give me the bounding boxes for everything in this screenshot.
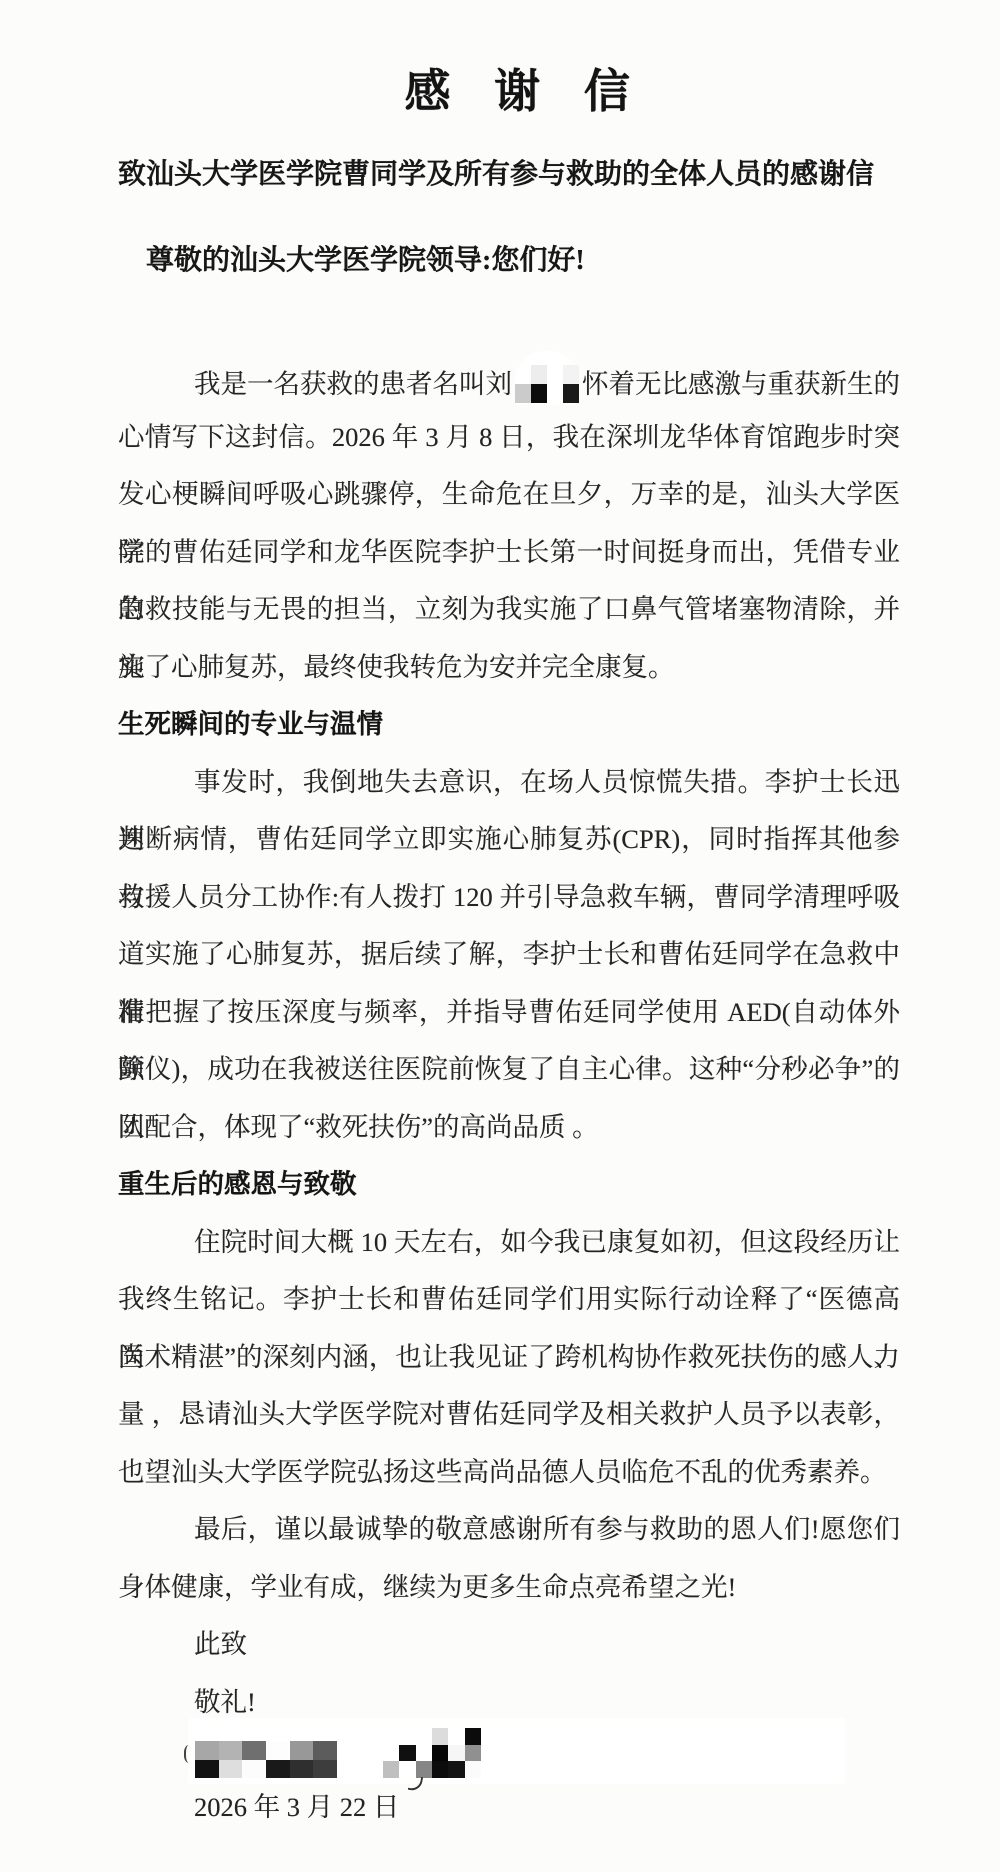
paragraph-line: 最后，谨以最诚挚的敬意感谢所有参与救助的恩人们!愿您们 (118, 1501, 900, 1559)
paragraph-line: 发心梗瞬间呼吸心跳骤停，生命危在旦夕，万幸的是，汕头大学医学 (118, 466, 900, 524)
paragraph-line: 我是一名获救的患者名叫刘怀着无比感激与重获新生的 (118, 351, 900, 409)
mosaic-cell (266, 1760, 290, 1779)
mosaic-cell (399, 1745, 415, 1762)
redacted-signature-mosaic-right (383, 1728, 481, 1778)
paragraph-line: 道实施了心肺复苏，据后续了解，李护士长和曹佑廷同学在急救中精 (118, 926, 900, 984)
paragraph-line: 施了心肺复苏，最终使我转危为安并完全康复。 (118, 639, 900, 697)
addressee-line: 致汕头大学医学院曹同学及所有参与救助的全体人员的感谢信 (118, 146, 900, 204)
section-heading: 生死瞬间的专业与温情 (118, 696, 900, 754)
signature-row (118, 1731, 900, 1779)
mosaic-cell (313, 1741, 337, 1760)
mosaic-cell (432, 1745, 448, 1762)
salutation-line: 尊敬的汕头大学医学院领导:您们好! (118, 232, 900, 290)
section-heading: 重生后的感恩与致敬 (118, 1156, 900, 1214)
mosaic-cell (563, 365, 579, 384)
redacted-name-block (515, 351, 579, 405)
paragraph-line: 院的曹佑廷同学和龙华医院李护士长第一时间挺身而出，凭借专业的 (118, 524, 900, 582)
paragraph-line: 颤仪)，成功在我被送往医院前恢复了自主心律。这种“分秒必争”的团 (118, 1041, 900, 1099)
mosaic-cell (448, 1728, 464, 1745)
mosaic-cell (383, 1745, 399, 1762)
mosaic-cell (383, 1728, 399, 1745)
mosaic-cell (266, 1741, 290, 1760)
letter-title: 感谢信 (148, 56, 930, 128)
mosaic-cell (416, 1745, 432, 1762)
letter-body: 感谢信 致汕头大学医学院曹同学及所有参与救助的全体人员的感谢信 尊敬的汕头大学医… (118, 0, 900, 1837)
letter-document: 感谢信 致汕头大学医学院曹同学及所有参与救助的全体人员的感谢信 尊敬的汕头大学医… (0, 0, 1000, 1872)
letter-date: 2026 年 3 月 22 日 (118, 1779, 900, 1837)
mosaic-cell (416, 1728, 432, 1745)
mosaic-cell (531, 365, 547, 384)
paragraph-line: 我终生铭记。李护士长和曹佑廷同学们用实际行动诠释了“医德高尚、 (118, 1271, 900, 1329)
mosaic-cell (219, 1741, 243, 1760)
mosaic-cell (290, 1741, 314, 1760)
mosaic-cell (563, 384, 579, 403)
mosaic-cell (448, 1745, 464, 1762)
redaction-mosaic (515, 365, 579, 403)
mosaic-cell (383, 1761, 399, 1778)
paragraph-line: 判断病情，曹佑廷同学立即实施心肺复苏(CPR)，同时指挥其他参与 (118, 811, 900, 869)
mosaic-cell (531, 384, 547, 403)
paragraph-line: 救援人员分工协作:有人拨打 120 并引导急救车辆，曹同学清理呼吸 (118, 869, 900, 927)
redacted-signature-mosaic-left (195, 1741, 337, 1778)
mosaic-cell (515, 384, 531, 403)
paragraph-line: 量 ，恳请汕头大学医学院对曹佑廷同学及相关救护人员予以表彰， (118, 1386, 900, 1444)
mosaic-cell (465, 1745, 481, 1762)
mosaic-cell (448, 1761, 464, 1778)
signature-stroke-remnant (184, 1745, 194, 1763)
mosaic-cell (399, 1728, 415, 1745)
paragraph-line: 队配合，体现了“救死扶伤”的高尚品质 。 (118, 1099, 900, 1157)
mosaic-cell (242, 1741, 266, 1760)
mosaic-cell (195, 1741, 219, 1760)
paragraph-line: 身体健康，学业有成，继续为更多生命点亮希望之光! (118, 1559, 900, 1617)
mosaic-cell (313, 1760, 337, 1779)
paragraph-line: 心情写下这封信。2026 年 3 月 8 日，我在深圳龙华体育馆跑步时突 (118, 409, 900, 467)
paragraph-line: 医术精湛”的深刻内涵，也让我见证了跨机构协作救死扶伤的感人力 (118, 1329, 900, 1387)
paragraph-line: 准把握了按压深度与频率，并指导曹佑廷同学使用 AED(自动体外除 (118, 984, 900, 1042)
mosaic-cell (465, 1761, 481, 1778)
mosaic-cell (465, 1728, 481, 1745)
mosaic-cell (219, 1760, 243, 1779)
mosaic-cell (242, 1760, 266, 1779)
mosaic-cell (547, 384, 563, 403)
mosaic-cell (432, 1728, 448, 1745)
spacer (118, 290, 900, 351)
line-text-pre: 我是一名获救的患者名叫刘 (194, 369, 512, 399)
line-text-tail: 怀着无比感激与重获新生的 (582, 369, 900, 399)
paragraph-line: 事发时，我倒地失去意识，在场人员惊慌失措。李护士长迅速 (118, 754, 900, 812)
paragraph-line: 也望汕头大学医学院弘扬这些高尚品德人员临危不乱的优秀素养。 (118, 1444, 900, 1502)
mosaic-cell (432, 1761, 448, 1778)
closing-cizhi: 此致 (118, 1616, 900, 1674)
mosaic-cell (547, 365, 563, 384)
mosaic-cell (195, 1760, 219, 1779)
mosaic-cell (290, 1760, 314, 1779)
paragraph-line: 住院时间大概 10 天左右，如今我已康复如初，但这段经历让 (118, 1214, 900, 1272)
mosaic-cell (515, 365, 531, 384)
paragraph-line: 急救技能与无畏的担当，立刻为我实施了口鼻气管堵塞物清除，并实 (118, 581, 900, 639)
